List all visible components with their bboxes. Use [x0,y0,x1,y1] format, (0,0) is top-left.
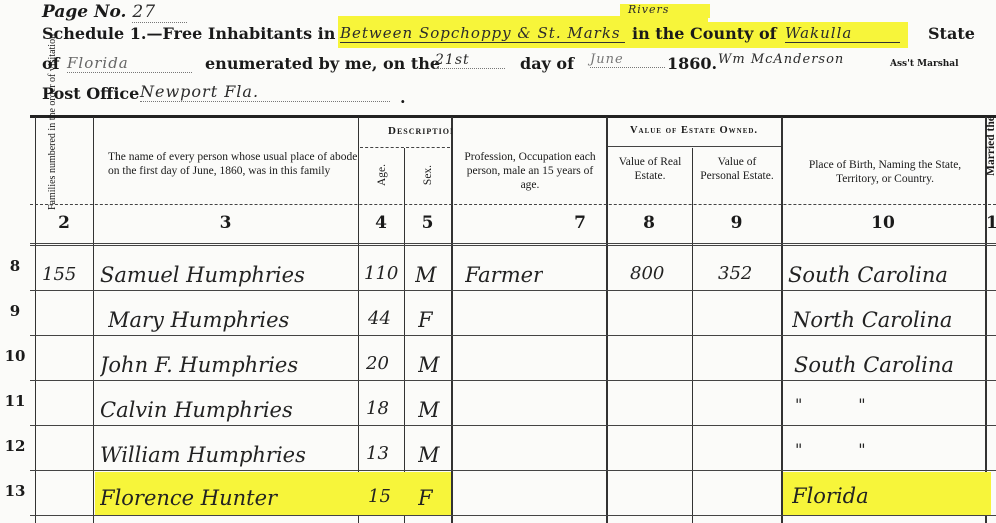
post-office-field: Newport Fla. [140,82,390,102]
sex: M [418,398,440,422]
person-name: Calvin Humphries [100,398,355,422]
age: 44 [368,308,391,329]
person-name: Florence Hunter [100,486,355,510]
col-number: 2 [35,213,93,233]
age: 110 [364,263,398,284]
birthplace: Florida [792,484,982,508]
grid-line [93,117,94,523]
birthplace: South Carolina [788,263,993,287]
col5-header: Sex. [421,153,435,197]
page-number: 27 [132,2,187,23]
page-number-line: Page No. 27 [42,2,187,23]
grid-line [30,243,996,246]
person-name: William Humphries [100,443,358,467]
age: 15 [368,486,391,507]
age: 13 [366,443,389,464]
sex: F [418,308,433,332]
col3-header: The name of every person whose usual pla… [100,150,363,178]
state-field: Florida [67,54,192,73]
col10-header: Place of Birth, Naming the State, Territ… [790,158,980,186]
family-number: 155 [42,264,76,285]
col-number: 5 [404,213,451,233]
enumerated-label: enumerated by me, on the [205,54,440,73]
grid-line [30,335,996,336]
sex: M [418,443,440,467]
personal-estate-value: 352 [718,263,752,284]
birthplace: North Carolina [792,308,992,332]
period-mark: . [400,88,406,107]
line-number: 11 [0,392,30,410]
person-name: John F. Humphries [100,353,355,377]
county-label: in the County of [632,24,777,43]
line-number: 12 [0,437,30,455]
line-number: 13 [0,482,30,500]
year-label: 1860. [667,54,717,73]
person-name: Samuel Humphries [100,263,355,287]
col9-header: Value of Personal Estate. [700,155,774,183]
grid-line [30,470,996,471]
grid-line [451,117,453,523]
grid-line [360,147,450,148]
col7-header: Profession, Occupation each person, male… [456,150,604,192]
col-number: 4 [358,213,404,233]
grid-line [30,380,996,381]
col-number: 7 [451,213,606,233]
col8-header: Value of Real Estate. [608,155,692,183]
age: 18 [366,398,389,419]
occupation: Farmer [465,263,543,287]
grid-line [30,290,996,291]
birthplace: South Carolina [794,353,994,377]
col-number: 1 [986,213,996,233]
schedule-line: Schedule 1.—Free Inhabitants in [42,24,335,44]
grid-line [608,146,781,147]
line-number: 9 [0,302,30,320]
county-field: Wakulla [785,24,900,43]
grid-line [30,425,996,426]
description-group-header: Description [360,124,452,138]
col-number: 8 [606,213,692,233]
age: 20 [366,353,389,374]
marshal-name: Wm McAnderson [718,52,844,67]
day-of-label: day of [520,54,574,73]
col11-header: Married the [984,106,996,186]
grid-line [30,204,996,205]
line-number: 10 [0,347,30,365]
sex: M [415,263,437,287]
marshal-label: Ass't Marshal [890,59,959,69]
person-name: Mary Humphries [108,308,358,332]
col2-header: Families numbered in the order of visita… [48,120,78,210]
locality-field: Between Sopchoppy & St. Marks [340,24,625,43]
estate-group-header: Value of Estate Owned. [606,124,782,138]
table-top-border [30,115,996,118]
birthplace-ditto: " " [795,395,985,414]
col4-header: Age. [375,153,389,197]
col-number: 10 [781,213,985,233]
birthplace-ditto: " " [795,440,985,459]
sex: F [418,486,433,510]
grid-line [30,515,996,516]
grid-line [781,117,783,523]
real-estate-value: 800 [630,263,664,284]
schedule-label: Schedule 1.—Free Inhabitants in [42,24,335,43]
line-number: 8 [0,257,30,275]
col-number: 9 [692,213,781,233]
page-label: Page No. [42,2,126,22]
state-label: State [928,24,975,43]
col-number: 3 [93,213,358,233]
locality-superscript: Rivers [628,3,669,16]
day-field: 21st [435,52,505,69]
grid-line [35,117,36,523]
sex: M [418,353,440,377]
month-field: June [590,52,665,68]
